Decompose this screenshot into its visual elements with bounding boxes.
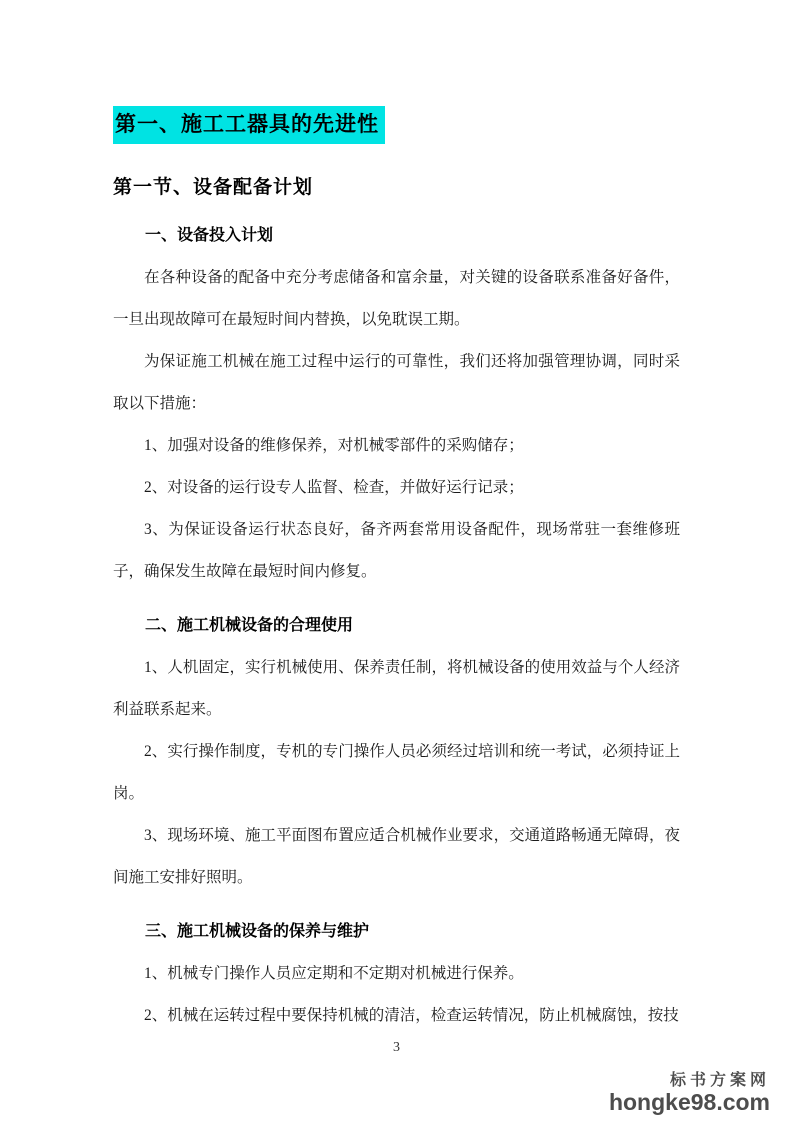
list-item: 2、机械在运转过程中要保持机械的清洁，检查运转情况，防止机械腐蚀，按技	[113, 995, 680, 1037]
document-title-highlight: 第一、施工工器具的先进性	[113, 106, 385, 144]
paragraph: 在各种设备的配备中充分考虑储备和富余量，对关键的设备联系准备好备件，一旦出现故障…	[113, 257, 680, 341]
document-page: 第一、施工工器具的先进性 第一节、设备配备计划 一、设备投入计划 在各种设备的配…	[0, 0, 793, 1122]
list-item: 1、机械专门操作人员应定期和不定期对机械进行保养。	[113, 953, 680, 995]
list-item: 2、实行操作制度，专机的专门操作人员必须经过培训和统一考试，必须持证上岗。	[113, 731, 680, 815]
sub-heading-1: 一、设备投入计划	[113, 215, 680, 257]
watermark: 标书方案网 hongke98.com	[609, 1073, 770, 1114]
page-number: 3	[113, 1037, 680, 1059]
watermark-site-name: 标书方案网	[609, 1073, 770, 1090]
sub-heading-3: 三、施工机械设备的保养与维护	[113, 911, 680, 953]
paragraph: 为保证施工机械在施工过程中运行的可靠性，我们还将加强管理协调，同时采取以下措施：	[113, 341, 680, 425]
list-item: 3、现场环境、施工平面图布置应适合机械作业要求，交通道路畅通无障碍，夜间施工安排…	[113, 815, 680, 899]
document-title: 第一、施工工器具的先进性	[113, 106, 680, 144]
list-item: 1、加强对设备的维修保养，对机械零部件的采购储存；	[113, 425, 680, 467]
sub-heading-2: 二、施工机械设备的合理使用	[113, 605, 680, 647]
watermark-site-url: hongke98.com	[609, 1090, 770, 1114]
list-item: 1、人机固定，实行机械使用、保养责任制，将机械设备的使用效益与个人经济利益联系起…	[113, 647, 680, 731]
list-item: 3、为保证设备运行状态良好，备齐两套常用设备配件，现场常驻一套维修班子，确保发生…	[113, 509, 680, 593]
list-item: 2、对设备的运行设专人监督、检查，并做好运行记录；	[113, 467, 680, 509]
section-heading: 第一节、设备配备计划	[113, 173, 680, 203]
